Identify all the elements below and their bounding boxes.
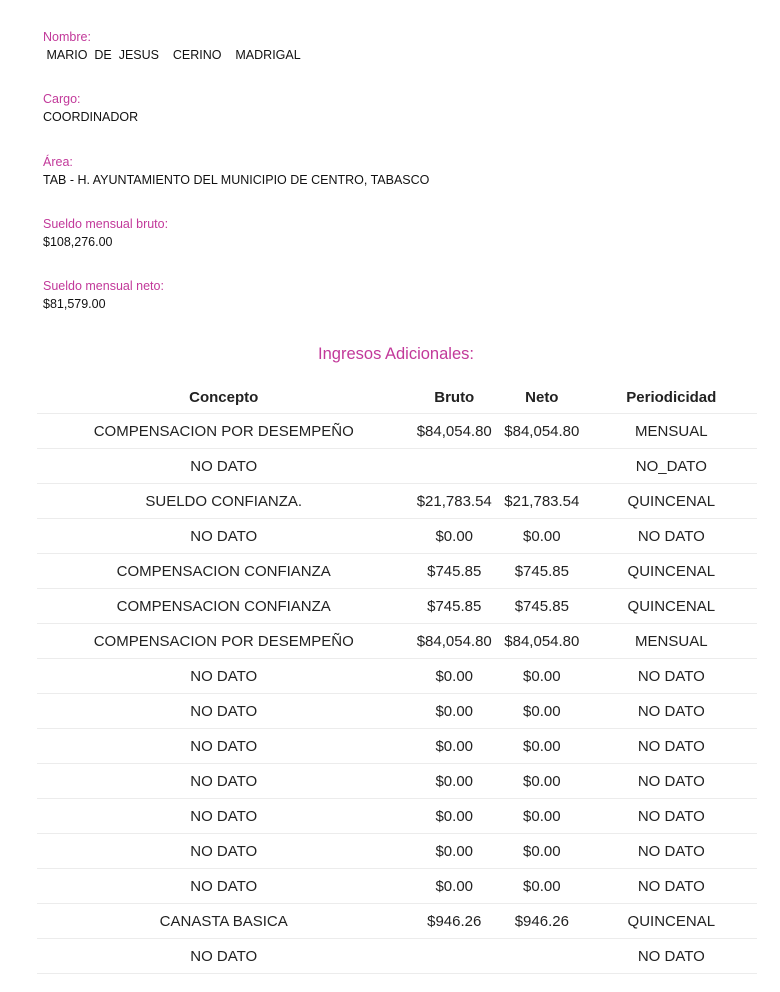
table-row: COMPENSACION CONFIANZA$745.85$745.85QUIN… <box>37 589 757 624</box>
cell-neto <box>498 449 586 484</box>
cell-concepto: NO DATO <box>37 519 410 554</box>
cell-concepto: NO DATO <box>37 939 410 974</box>
cell-periodicidad: NO DATO <box>586 764 757 799</box>
cell-periodicidad: NO DATO <box>586 939 757 974</box>
field-sueldo-neto: Sueldo mensual neto: $81,579.00 <box>43 278 429 340</box>
cell-concepto: COMPENSACION CONFIANZA <box>37 589 410 624</box>
table-row: NO DATO$0.00$0.00NO DATO <box>37 729 757 764</box>
cell-concepto: NO DATO <box>37 764 410 799</box>
sueldo-neto-value: $81,579.00 <box>43 295 429 313</box>
cell-periodicidad: NO DATO <box>586 659 757 694</box>
cell-bruto: $0.00 <box>410 764 498 799</box>
cell-concepto: NO DATO <box>37 834 410 869</box>
cell-periodicidad: NO DATO <box>586 729 757 764</box>
cell-periodicidad: NO DATO <box>586 799 757 834</box>
table-row: NO DATO$0.00$0.00NO DATO <box>37 519 757 554</box>
cell-periodicidad: QUINCENAL <box>586 904 757 939</box>
table-row: NO DATONO DATO <box>37 939 757 974</box>
nombre-value: MARIO DE JESUS CERINO MADRIGAL <box>43 46 429 64</box>
header-neto: Neto <box>498 381 586 414</box>
cell-periodicidad: NO DATO <box>586 869 757 904</box>
header-concepto: Concepto <box>37 381 410 414</box>
cell-concepto: NO DATO <box>37 694 410 729</box>
nombre-label: Nombre: <box>43 29 429 46</box>
table-row: NO DATONO_DATO <box>37 449 757 484</box>
table-row: COMPENSACION CONFIANZA$745.85$745.85QUIN… <box>37 554 757 589</box>
cell-neto: $0.00 <box>498 729 586 764</box>
sueldo-bruto-label: Sueldo mensual bruto: <box>43 216 429 233</box>
table-row: CANASTA BASICA$946.26$946.26QUINCENAL <box>37 904 757 939</box>
sueldo-bruto-value: $108,276.00 <box>43 233 429 251</box>
table-row: NO DATO$0.00$0.00NO DATO <box>37 694 757 729</box>
area-value: TAB - H. AYUNTAMIENTO DEL MUNICIPIO DE C… <box>43 171 429 189</box>
cell-concepto: NO DATO <box>37 799 410 834</box>
cell-concepto: SUELDO CONFIANZA. <box>37 484 410 519</box>
table-row: NO DATO$0.00$0.00NO DATO <box>37 869 757 904</box>
table-row: COMPENSACION POR DESEMPEÑO$84,054.80$84,… <box>37 414 757 449</box>
cell-bruto: $0.00 <box>410 729 498 764</box>
cell-bruto: $0.00 <box>410 799 498 834</box>
header-periodicidad: Periodicidad <box>586 381 757 414</box>
cell-bruto: $0.00 <box>410 659 498 694</box>
cell-concepto: COMPENSACION POR DESEMPEÑO <box>37 414 410 449</box>
cargo-value: COORDINADOR <box>43 108 429 126</box>
cell-neto: $0.00 <box>498 764 586 799</box>
header-bruto: Bruto <box>410 381 498 414</box>
cell-bruto: $84,054.80 <box>410 624 498 659</box>
cell-bruto: $745.85 <box>410 554 498 589</box>
cell-periodicidad: QUINCENAL <box>586 484 757 519</box>
cell-neto: $0.00 <box>498 869 586 904</box>
cell-bruto: $0.00 <box>410 519 498 554</box>
ingresos-adicionales-title: Ingresos Adicionales: <box>0 345 780 364</box>
employee-info: Nombre: MARIO DE JESUS CERINO MADRIGAL C… <box>43 29 429 340</box>
cell-neto: $21,783.54 <box>498 484 586 519</box>
cell-neto <box>498 939 586 974</box>
cell-bruto <box>410 939 498 974</box>
table-row: NO DATO$0.00$0.00NO DATO <box>37 659 757 694</box>
cell-periodicidad: MENSUAL <box>586 414 757 449</box>
cell-concepto: COMPENSACION CONFIANZA <box>37 554 410 589</box>
table-body: COMPENSACION POR DESEMPEÑO$84,054.80$84,… <box>37 414 757 974</box>
area-label: Área: <box>43 154 429 171</box>
cell-bruto: $0.00 <box>410 834 498 869</box>
cell-neto: $84,054.80 <box>498 624 586 659</box>
cell-bruto: $0.00 <box>410 694 498 729</box>
cell-concepto: NO DATO <box>37 659 410 694</box>
cell-neto: $745.85 <box>498 589 586 624</box>
cell-bruto: $21,783.54 <box>410 484 498 519</box>
cell-periodicidad: MENSUAL <box>586 624 757 659</box>
cell-periodicidad: QUINCENAL <box>586 554 757 589</box>
cell-concepto: NO DATO <box>37 449 410 484</box>
cell-neto: $0.00 <box>498 659 586 694</box>
sueldo-neto-label: Sueldo mensual neto: <box>43 278 429 295</box>
field-sueldo-bruto: Sueldo mensual bruto: $108,276.00 <box>43 216 429 278</box>
cell-concepto: COMPENSACION POR DESEMPEÑO <box>37 624 410 659</box>
cell-periodicidad: NO DATO <box>586 834 757 869</box>
cell-neto: $0.00 <box>498 834 586 869</box>
cell-bruto: $0.00 <box>410 869 498 904</box>
cell-periodicidad: NO DATO <box>586 519 757 554</box>
cell-neto: $946.26 <box>498 904 586 939</box>
cargo-label: Cargo: <box>43 91 429 108</box>
cell-neto: $0.00 <box>498 799 586 834</box>
cell-bruto: $84,054.80 <box>410 414 498 449</box>
table-header-row: Concepto Bruto Neto Periodicidad <box>37 381 757 414</box>
cell-concepto: CANASTA BASICA <box>37 904 410 939</box>
table-row: COMPENSACION POR DESEMPEÑO$84,054.80$84,… <box>37 624 757 659</box>
cell-bruto <box>410 449 498 484</box>
field-area: Área: TAB - H. AYUNTAMIENTO DEL MUNICIPI… <box>43 154 429 216</box>
table-row: SUELDO CONFIANZA.$21,783.54$21,783.54QUI… <box>37 484 757 519</box>
cell-bruto: $745.85 <box>410 589 498 624</box>
field-nombre: Nombre: MARIO DE JESUS CERINO MADRIGAL <box>43 29 429 91</box>
field-cargo: Cargo: COORDINADOR <box>43 91 429 153</box>
ingresos-table: Concepto Bruto Neto Periodicidad COMPENS… <box>37 381 757 974</box>
cell-neto: $0.00 <box>498 519 586 554</box>
cell-neto: $745.85 <box>498 554 586 589</box>
cell-concepto: NO DATO <box>37 869 410 904</box>
cell-concepto: NO DATO <box>37 729 410 764</box>
cell-neto: $84,054.80 <box>498 414 586 449</box>
cell-periodicidad: NO DATO <box>586 694 757 729</box>
cell-periodicidad: QUINCENAL <box>586 589 757 624</box>
table-row: NO DATO$0.00$0.00NO DATO <box>37 764 757 799</box>
cell-neto: $0.00 <box>498 694 586 729</box>
table-row: NO DATO$0.00$0.00NO DATO <box>37 834 757 869</box>
cell-periodicidad: NO_DATO <box>586 449 757 484</box>
cell-bruto: $946.26 <box>410 904 498 939</box>
table-row: NO DATO$0.00$0.00NO DATO <box>37 799 757 834</box>
